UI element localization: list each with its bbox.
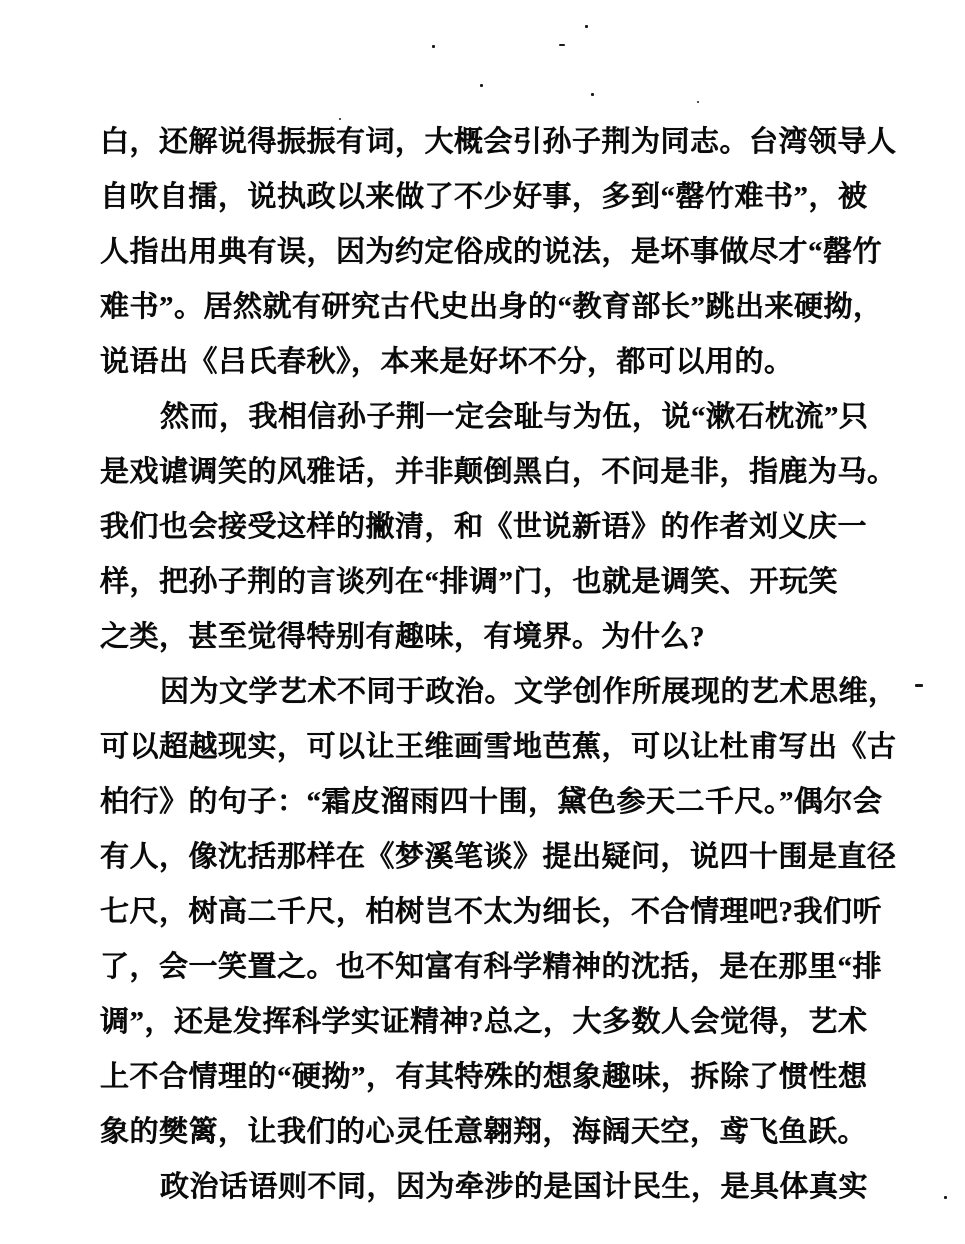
text-line: 之类，甚至觉得特别有趣味，有境界。为什么? bbox=[100, 610, 890, 665]
scan-speck bbox=[915, 684, 923, 687]
text-line: 人指出用典有误，因为约定俗成的说法，是坏事做尽才“罄竹 bbox=[100, 225, 890, 280]
text-line: 难书”。居然就有研究古代史出身的“教育部长”跳出来硬拗， bbox=[100, 280, 890, 335]
scan-speck bbox=[944, 1196, 947, 1199]
text-line: 我们也会接受这样的撇清，和《世说新语》的作者刘义庆一 bbox=[100, 500, 890, 555]
text-line: 样，把孙子荆的言谈列在“排调”门，也就是调笑、开玩笑 bbox=[100, 555, 890, 610]
text-line: 可以超越现实，可以让王维画雪地芭蕉，可以让杜甫写出《古 bbox=[100, 720, 890, 775]
text-line: 政治话语则不同，因为牵涉的是国计民生，是具体真实 bbox=[100, 1160, 890, 1215]
text-line: 因为文学艺术不同于政治。文学创作所展现的艺术思维， bbox=[100, 665, 890, 720]
text-line: 说语出《吕氏春秋》，本来是好坏不分，都可以用的。 bbox=[100, 335, 890, 390]
scan-speck bbox=[480, 84, 483, 87]
scanned-page: 白，还解说得振振有词，大概会引孙子荆为同志。台湾领导人自吹自擂，说执政以来做了不… bbox=[0, 0, 965, 1244]
text-line: 柏行》的句子：“霜皮溜雨四十围，黛色参天二千尺。”偶尔会 bbox=[100, 775, 890, 830]
text-line: 白，还解说得振振有词，大概会引孙子荆为同志。台湾领导人 bbox=[100, 115, 890, 170]
text-line: 象的樊篱，让我们的心灵任意翱翔，海阔天空，鸢飞鱼跃。 bbox=[100, 1105, 890, 1160]
text-line: 调”，还是发挥科学实证精神?总之，大多数人会觉得，艺术 bbox=[100, 995, 890, 1050]
scan-speck bbox=[591, 93, 594, 96]
scan-speck bbox=[339, 118, 341, 120]
page-text-block: 白，还解说得振振有词，大概会引孙子荆为同志。台湾领导人自吹自擂，说执政以来做了不… bbox=[100, 115, 890, 1215]
text-line: 了，会一笑置之。也不知富有科学精神的沈括，是在那里“排 bbox=[100, 940, 890, 995]
text-line: 上不合情理的“硬拗”，有其特殊的想象趣味，拆除了惯性想 bbox=[100, 1050, 890, 1105]
scan-speck bbox=[585, 25, 588, 28]
text-line: 有人，像沈括那样在《梦溪笔谈》提出疑问，说四十围是直径 bbox=[100, 830, 890, 885]
text-line: 是戏谑调笑的风雅话，并非颠倒黑白，不问是非，指鹿为马。 bbox=[100, 445, 890, 500]
text-line: 自吹自擂，说执政以来做了不少好事，多到“罄竹难书”，被 bbox=[100, 170, 890, 225]
text-line: 然而，我相信孙子荆一定会耻与为伍，说“漱石枕流”只 bbox=[100, 390, 890, 445]
scan-speck bbox=[559, 44, 565, 46]
scan-speck bbox=[697, 101, 699, 103]
text-line: 七尺，树高二千尺，柏树岂不太为细长，不合情理吧?我们听 bbox=[100, 885, 890, 940]
scan-speck bbox=[432, 45, 435, 48]
